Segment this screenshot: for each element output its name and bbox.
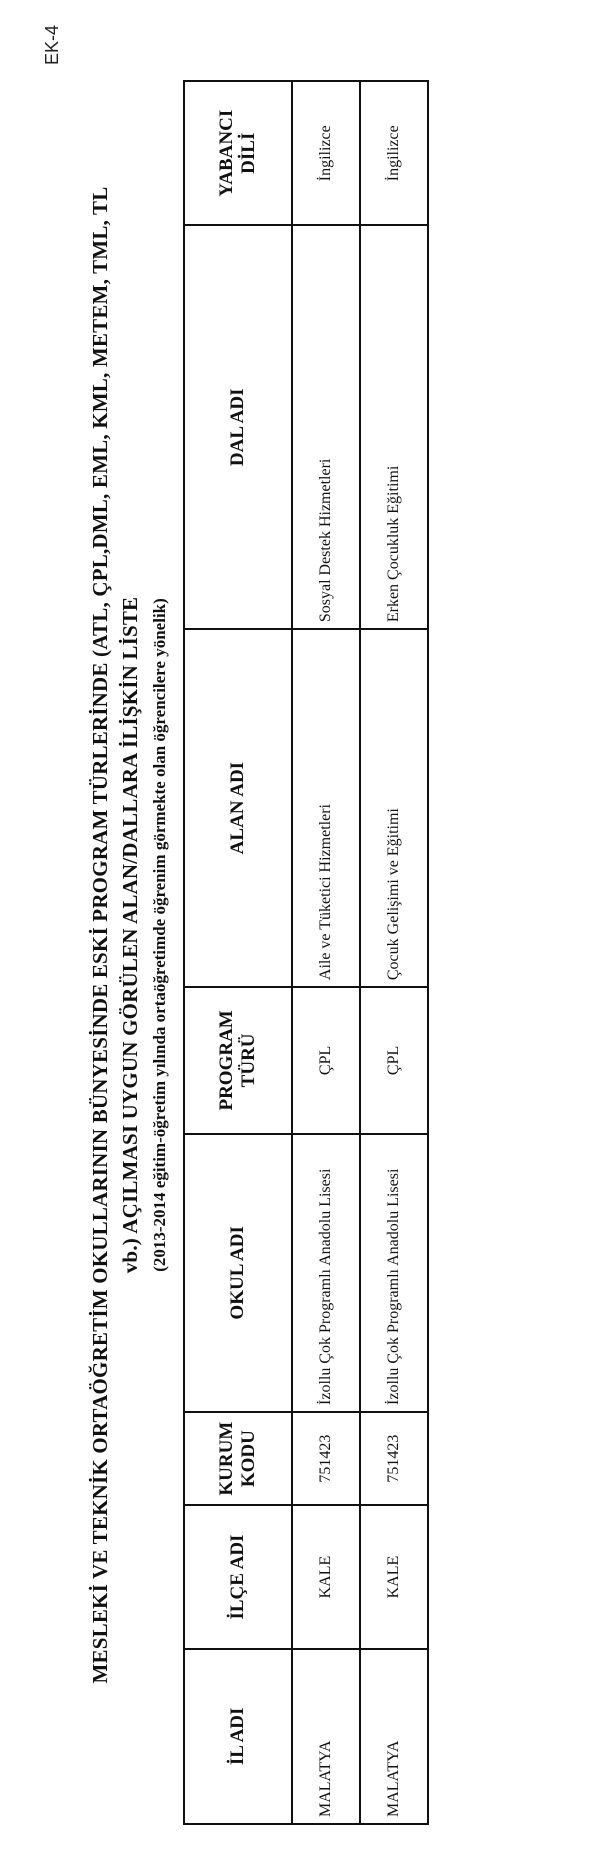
- cell-okul: İzollu Çok Programlı Anadolu Lisesi: [360, 1134, 428, 1412]
- cell-dal: Sosyal Destek Hizmetleri: [292, 226, 360, 630]
- cell-kurum-kodu: 751423: [292, 1412, 360, 1505]
- title-line-2: vb.) AÇILMASI UYGUN GÖRÜLEN ALAN/DALLARA…: [115, 65, 145, 1805]
- header-il: İL ADI: [184, 1649, 292, 1824]
- table-header-row: İL ADI İLÇE ADI KURUM KODU OKUL ADI PROG…: [184, 81, 292, 1824]
- cell-okul: İzollu Çok Programlı Anadolu Lisesi: [292, 1134, 360, 1412]
- document-title: MESLEKİ VE TEKNİK ORTAÖĞRETİM OKULLARINI…: [85, 65, 173, 1805]
- cell-yabanci-dil: İngilizce: [292, 81, 360, 226]
- header-ilce: İLÇE ADI: [184, 1505, 292, 1648]
- title-line-1: MESLEKİ VE TEKNİK ORTAÖĞRETİM OKULLARINI…: [85, 65, 115, 1805]
- cell-il: MALATYA: [292, 1649, 360, 1824]
- cell-program-turu: ÇPL: [360, 987, 428, 1134]
- cell-alan: Aile ve Tüketici Hizmetleri: [292, 629, 360, 987]
- table-row: MALATYA KALE 751423 İzollu Çok Programlı…: [360, 81, 428, 1824]
- cell-program-turu: ÇPL: [292, 987, 360, 1134]
- table-row: MALATYA KALE 751423 İzollu Çok Programlı…: [292, 81, 360, 1824]
- cell-ilce: KALE: [292, 1505, 360, 1648]
- header-kurum-kodu: KURUM KODU: [184, 1412, 292, 1505]
- cell-alan: Çocuk Gelişimi ve Eğitimi: [360, 629, 428, 987]
- school-program-table: İL ADI İLÇE ADI KURUM KODU OKUL ADI PROG…: [183, 80, 429, 1825]
- title-subtitle: (2013-2014 eğitim-öğretim yılında ortaöğ…: [147, 65, 173, 1805]
- cell-dal: Erken Çocukluk Eğitimi: [360, 226, 428, 630]
- cell-yabanci-dil: İngilizce: [360, 81, 428, 226]
- rotated-document-page: EK-4 MESLEKİ VE TEKNİK ORTAÖĞRETİM OKULL…: [0, 0, 600, 1865]
- header-alan: ALAN ADI: [184, 629, 292, 987]
- header-dal: DAL ADI: [184, 226, 292, 630]
- cell-ilce: KALE: [360, 1505, 428, 1648]
- header-okul: OKUL ADI: [184, 1134, 292, 1412]
- cell-il: MALATYA: [360, 1649, 428, 1824]
- header-program-turu: PROGRAM TÜRÜ: [184, 987, 292, 1134]
- cell-kurum-kodu: 751423: [360, 1412, 428, 1505]
- header-yabanci-dil: YABANCI DİLİ: [184, 81, 292, 226]
- annex-label: EK-4: [42, 25, 63, 65]
